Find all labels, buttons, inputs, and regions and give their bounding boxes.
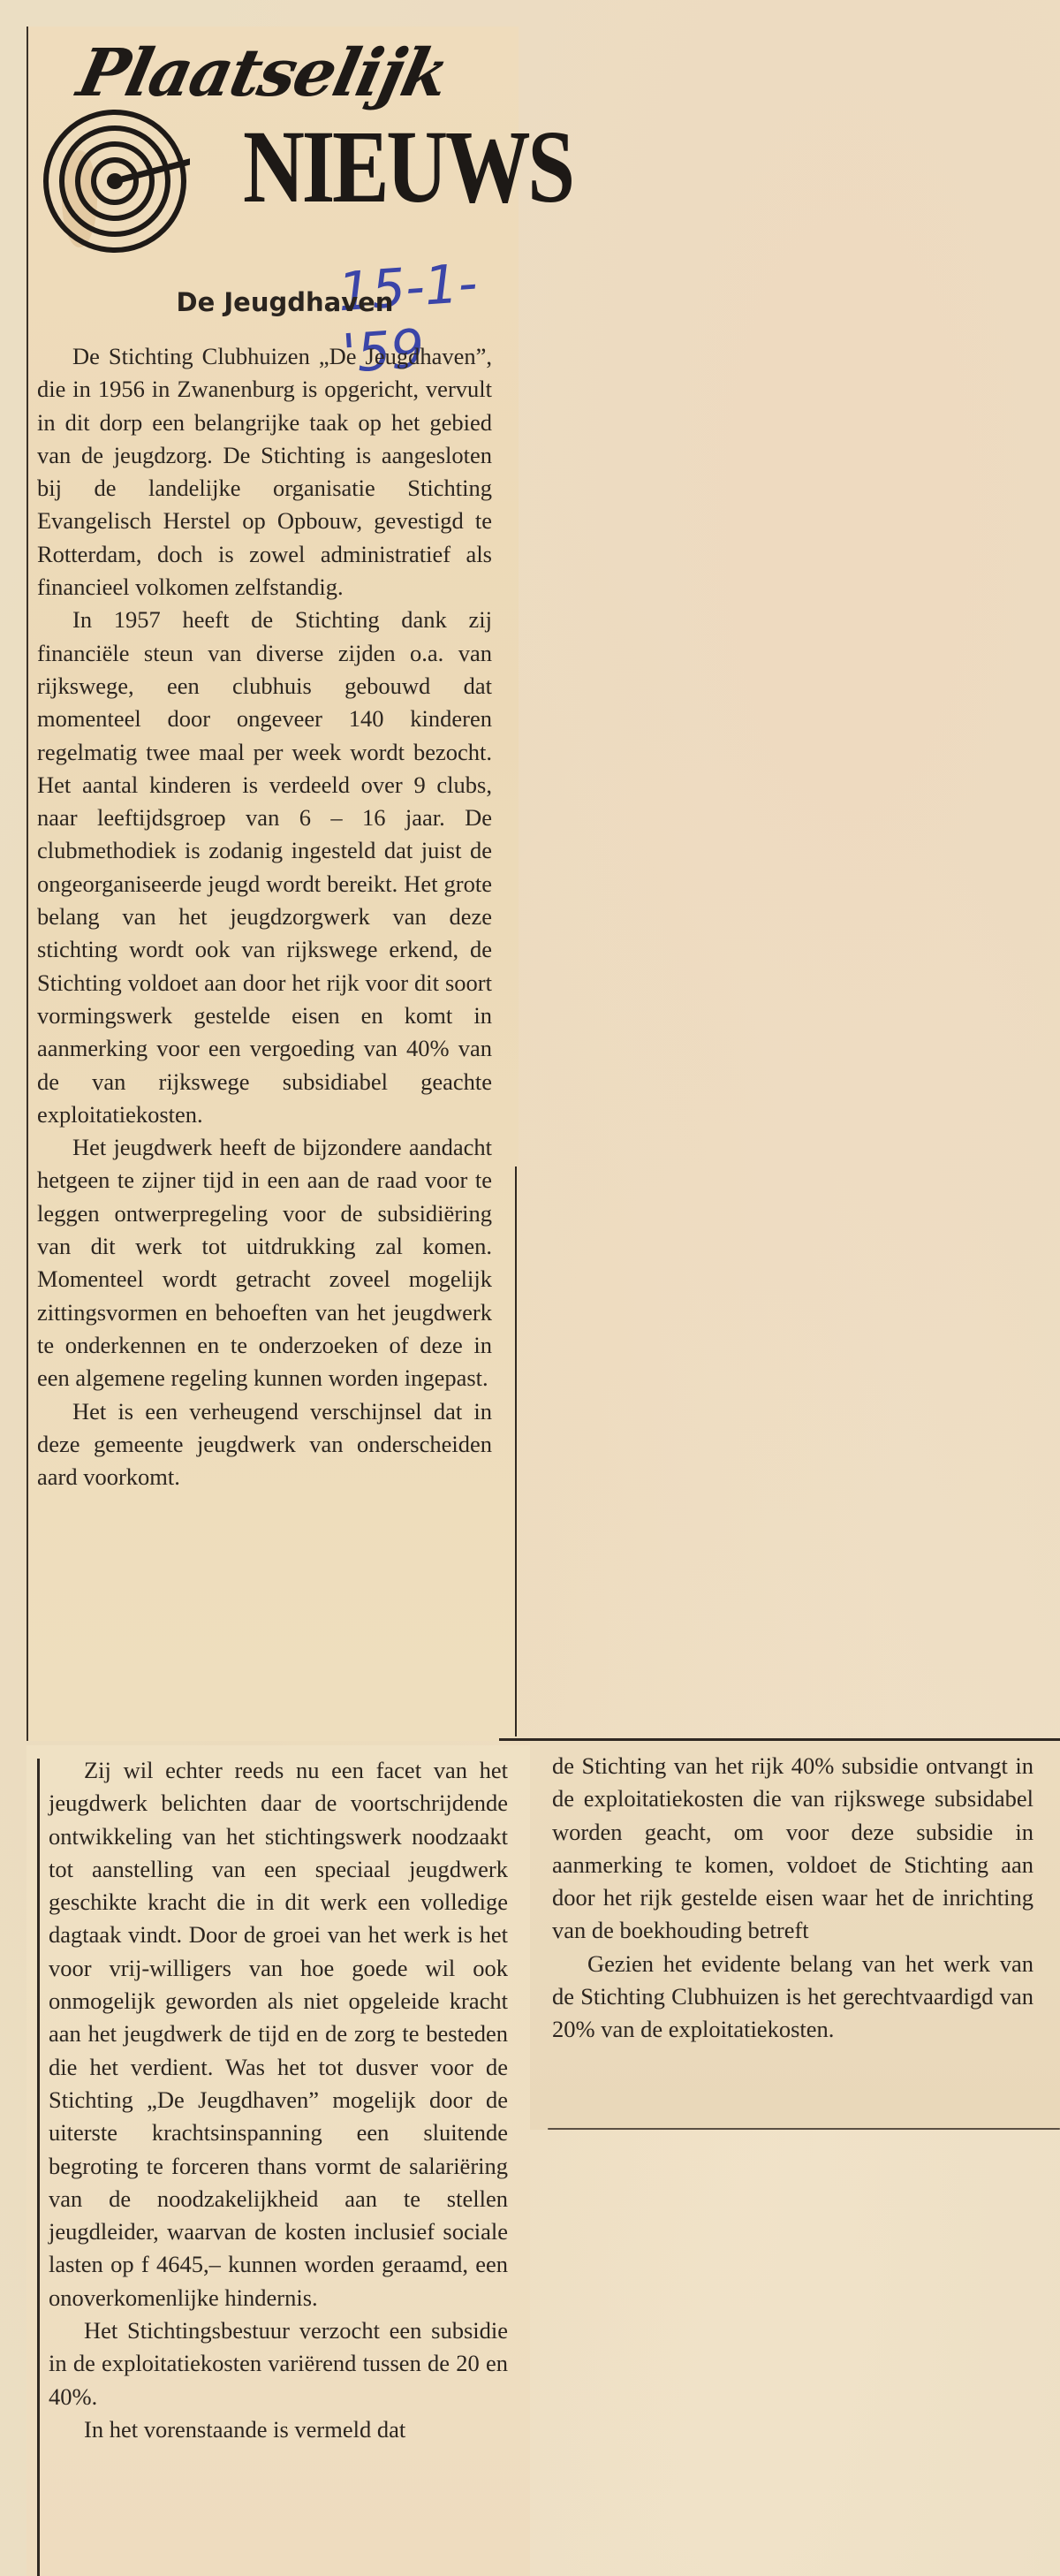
article-headline: De Jeugdhaven [26, 287, 543, 317]
paragraph: Het Stichtingsbestuur verzocht een subsi… [49, 2314, 508, 2413]
paragraph: In het vorenstaande is vermeld dat [49, 2413, 508, 2446]
paragraph: Zij wil echter reeds nu een facet van he… [49, 1754, 508, 2314]
column-rule-left [37, 1759, 40, 2576]
masthead-block-title: NIEUWS [243, 115, 572, 219]
paragraph: Gezien het evidente belang van het werk … [552, 1948, 1033, 2047]
paragraph: De Stichting Clubhuizen „De Jeugdhaven”,… [37, 340, 492, 604]
masthead: Plaatselijk NIEUWS 15-1-'59 [40, 35, 499, 239]
column-rule-right [515, 1166, 517, 1736]
target-logo-icon [40, 106, 190, 256]
column-rule-bottom-right [548, 2128, 1060, 2130]
paragraph: Het jeugdwerk heeft de bijzondere aandac… [37, 1131, 492, 1394]
article-column-1: De Stichting Clubhuizen „De Jeugdhaven”,… [37, 340, 492, 1493]
paragraph: Het is een verheugend verschijnsel dat i… [37, 1395, 492, 1494]
paragraph: de Stichting van het rijk 40% subsidie o… [552, 1750, 1033, 1948]
article-column-2: Zij wil echter reeds nu een facet van he… [49, 1754, 508, 2446]
article-column-3: de Stichting van het rijk 40% subsidie o… [552, 1750, 1033, 2047]
masthead-script-title: Plaatselijk [72, 35, 454, 111]
paragraph: In 1957 heeft de Stichting dank zij fina… [37, 604, 492, 1131]
